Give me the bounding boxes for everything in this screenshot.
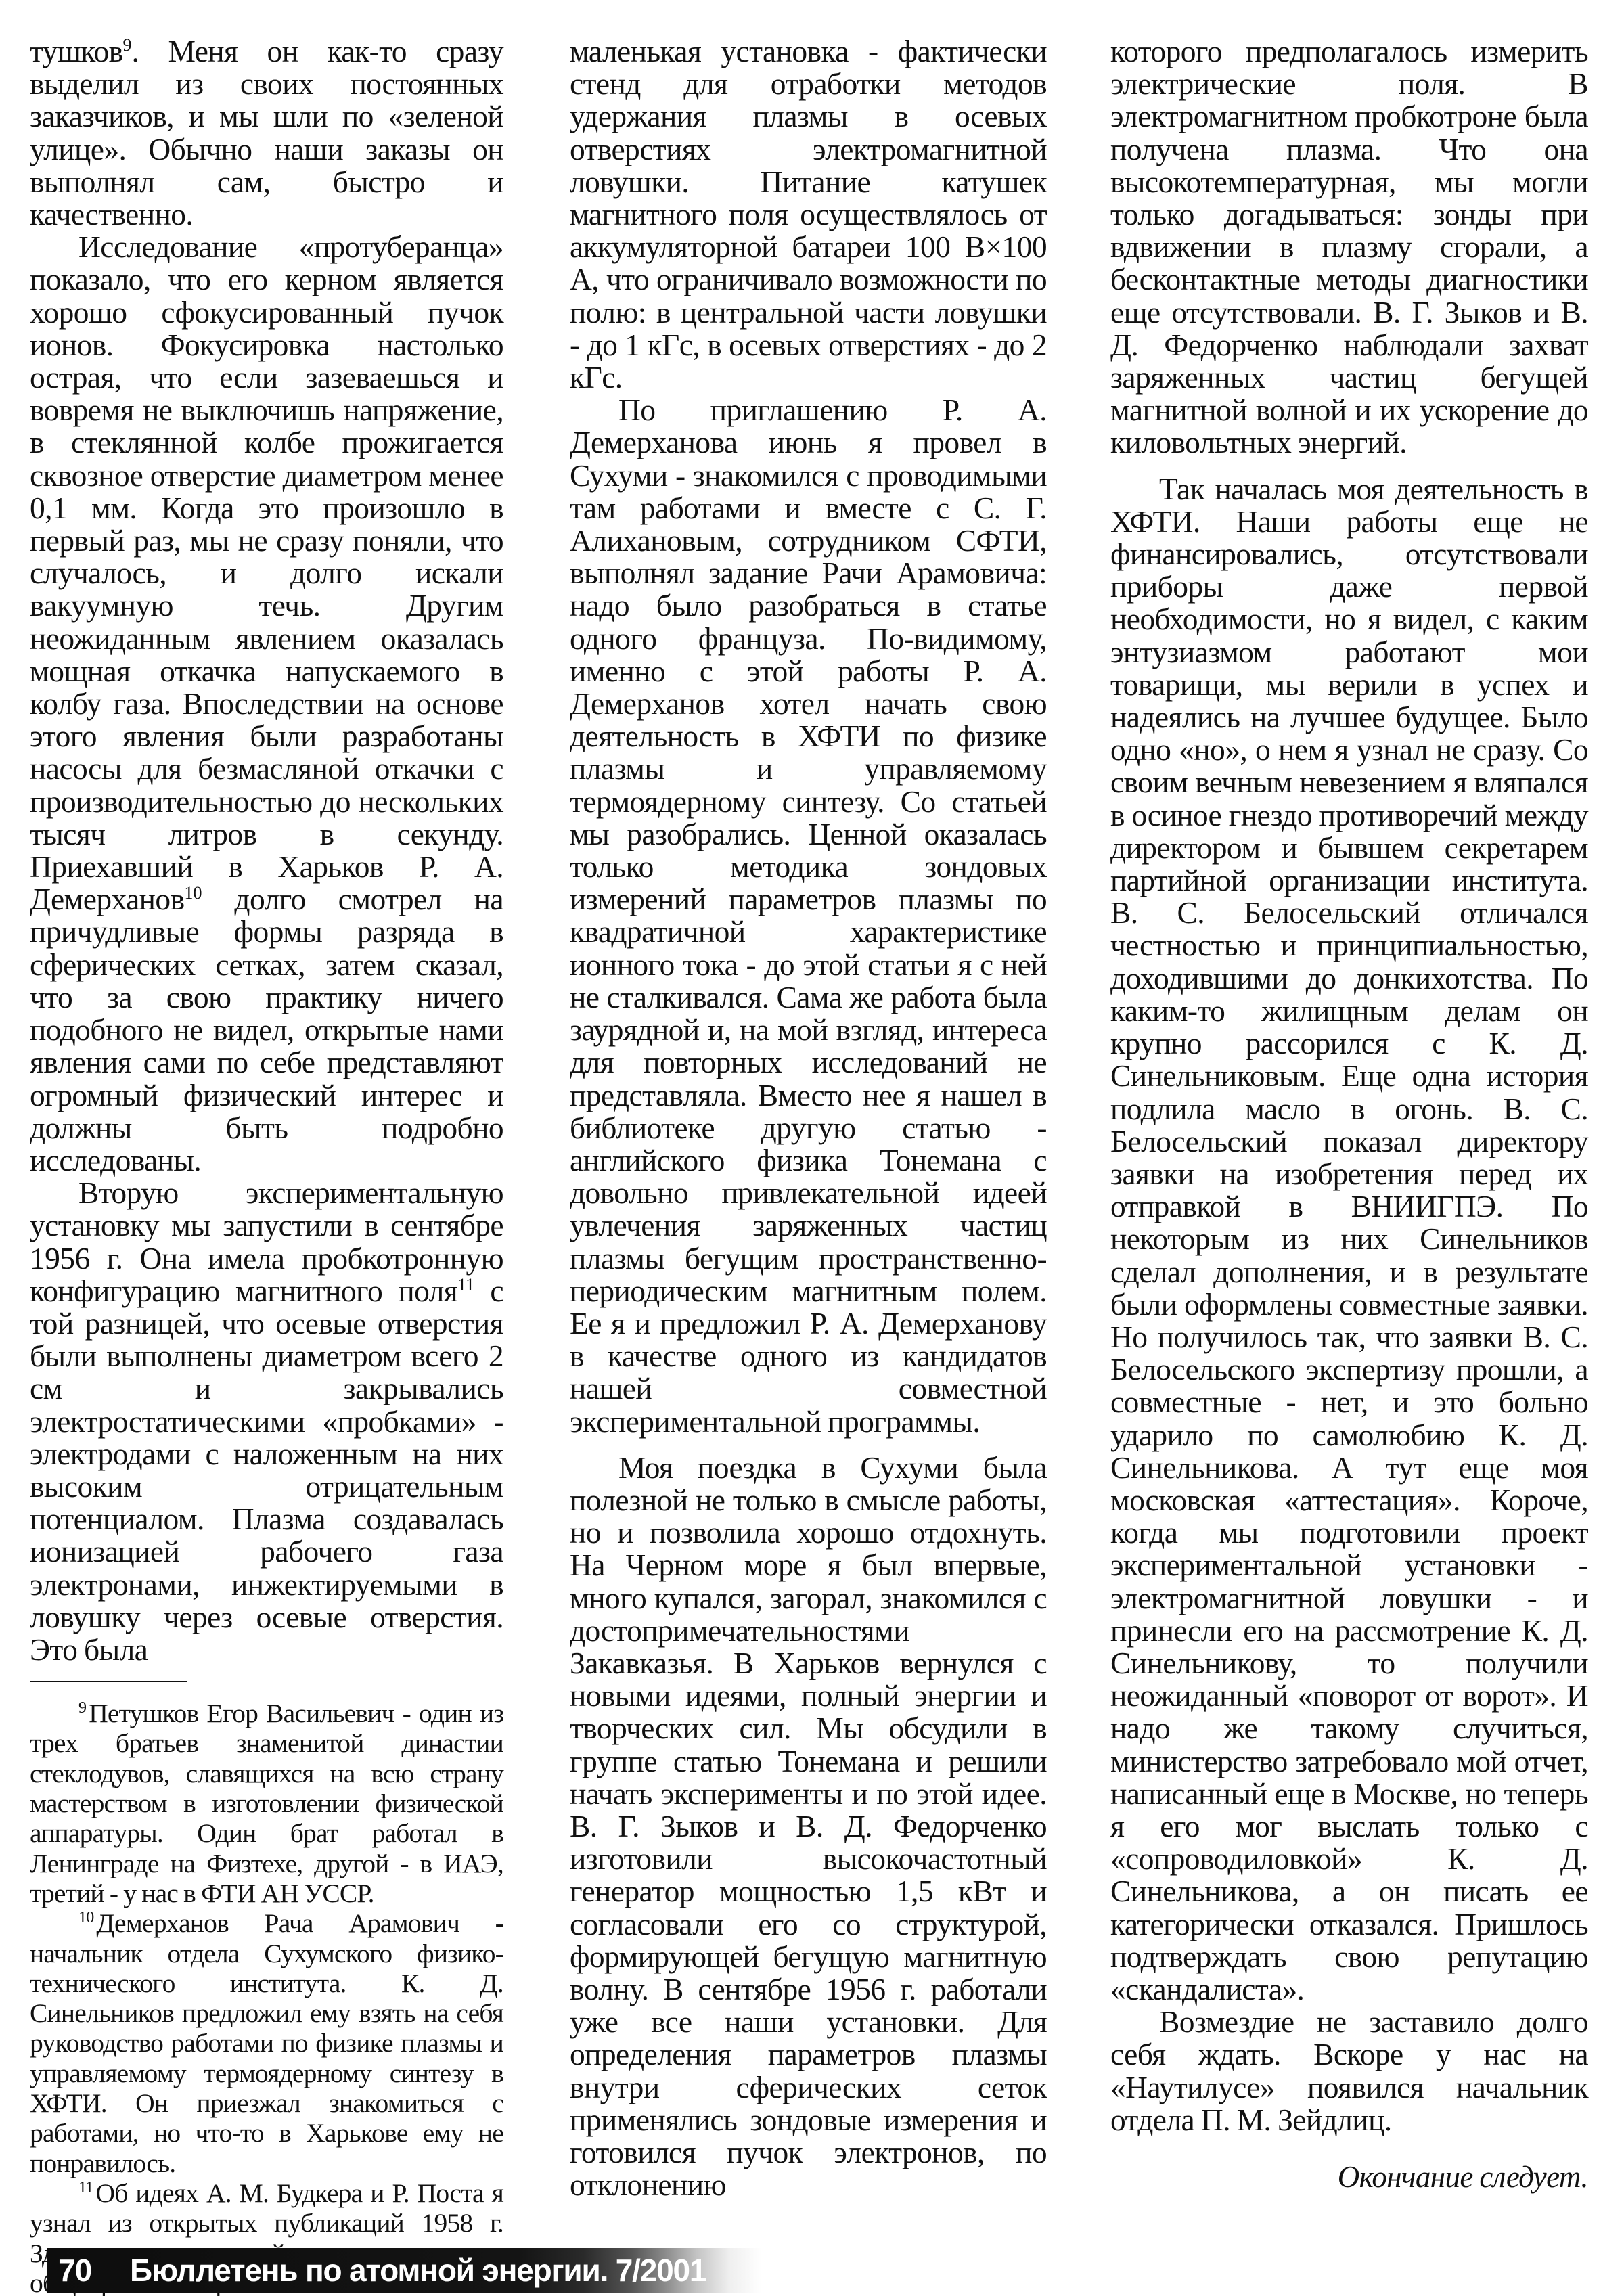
footnote-text: Петушков Егор Васильевич - один из трех … [30, 1698, 503, 1908]
paragraph: которого предполагалось измерить электри… [1110, 35, 1588, 459]
footnote-ref-10[interactable]: 10 [184, 883, 202, 903]
paragraph: Так началась моя деятельность в ХФТИ. На… [1110, 473, 1588, 2006]
footnote-number: 11 [78, 2179, 93, 2197]
paragraph-text: Вторую экспериментальную установку мы за… [30, 1175, 503, 1308]
text-column-1: тушков9. Меня он как-то сразу выделил из… [30, 35, 503, 2296]
text-column-2: маленькая установка - фактически стенд д… [570, 35, 1047, 2201]
to-be-continued-note: Окончание следует. [1110, 2161, 1588, 2193]
paragraph: По приглашению Р. А. Демерханова июнь я … [570, 394, 1047, 1438]
paragraph: Исследование «протуберанца» показало, чт… [30, 231, 503, 1177]
paragraph: маленькая установка - фактически стенд д… [570, 35, 1047, 394]
paragraph-text: тушков [30, 34, 123, 68]
footnote-ref-9[interactable]: 9 [123, 35, 132, 55]
paragraph: Возмездие не заставило долго себя ждать.… [1110, 2006, 1588, 2136]
page-footer-bar: 70 Бюллетень по атомной энергии. 7/2001 [47, 2248, 859, 2293]
magazine-page: тушков9. Меня он как-то сразу выделил из… [0, 0, 1624, 2296]
footnote-text: Демерханов Рача Арамович - начальник отд… [30, 1908, 503, 2178]
footnote-divider [30, 1681, 187, 1682]
footnote-number: 9 [78, 1699, 86, 1717]
footnote-number: 10 [78, 1909, 93, 1927]
text-column-3: которого предполагалось измерить электри… [1110, 35, 1588, 2193]
footnote-10: 10Демерханов Рача Арамович - начальник о… [30, 1908, 503, 2178]
footnotes-section: 9Петушков Егор Васильевич - один из трех… [30, 1698, 503, 2296]
footnote-ref-11[interactable]: 11 [457, 1275, 474, 1295]
paragraph: тушков9. Меня он как-то сразу выделил из… [30, 35, 503, 231]
paragraph: Вторую экспериментальную установку мы за… [30, 1177, 503, 1666]
journal-title: Бюллетень по атомной энергии. 7/2001 [130, 2252, 706, 2289]
footnote-9: 9Петушков Егор Васильевич - один из трех… [30, 1698, 503, 1908]
paragraph: Моя поездка в Сухуми была полезной не то… [570, 1451, 1047, 2202]
page-number: 70 [58, 2252, 91, 2289]
paragraph-text: Исследование «протуберанца» показало, чт… [30, 229, 503, 916]
paragraph-text: с той разницей, что осевые отверстия был… [30, 1274, 503, 1667]
paragraph-text: долго смотрел на причудливые формы разря… [30, 882, 503, 1177]
